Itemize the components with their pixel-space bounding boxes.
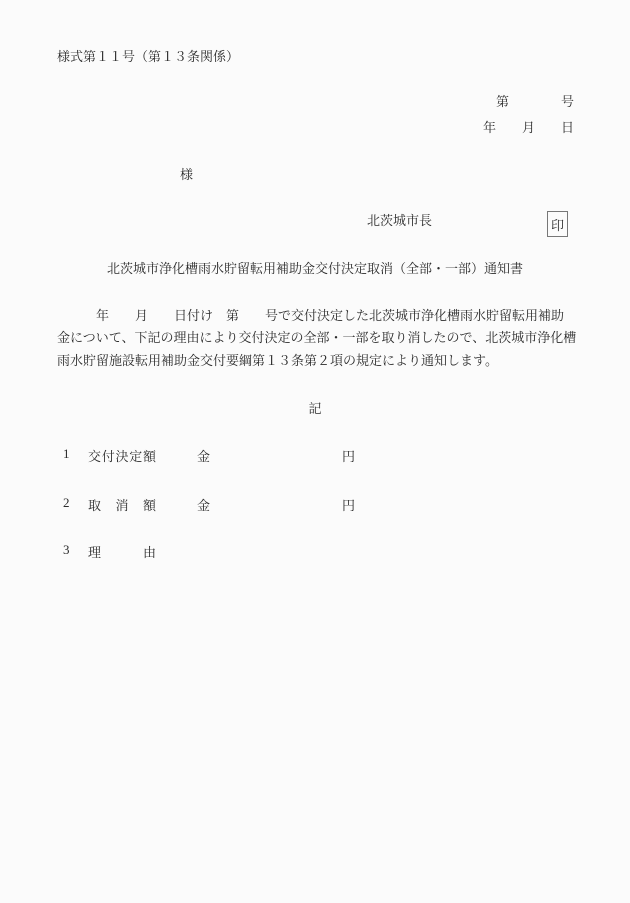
seal-character: 印 — [551, 215, 564, 234]
amount-suffix: 円 — [342, 446, 355, 465]
document-number-blank: 第 号 — [496, 95, 574, 110]
document-title: 北茨城市浄化槽雨水貯留転用補助金交付決定取消（全部・一部）通知書 — [0, 262, 630, 277]
amount-prefix: 金 — [197, 446, 210, 465]
amount-suffix: 円 — [342, 495, 355, 514]
item-label: 取消額 — [88, 495, 156, 514]
item-row-reason: 3 理由 — [57, 542, 577, 560]
addressee-honorific: 様 — [180, 168, 193, 183]
amount-prefix: 金 — [197, 495, 210, 514]
body-line: 金について、下記の理由により交付決定の全部・一部を取り消したので、北茨城市浄化槽 — [57, 327, 577, 349]
item-number: 1 — [63, 446, 70, 462]
body-paragraph: 年 月 日付け 第 号で交付決定した北茨城市浄化槽雨水貯留転用補助 金について、… — [57, 305, 577, 372]
item-number: 3 — [63, 542, 70, 558]
item-number: 2 — [63, 495, 70, 511]
item-row-cancelled-amount: 2 取消額 金 円 — [57, 495, 577, 513]
item-label: 交付決定額 — [88, 446, 156, 465]
body-line: 年 月 日付け 第 号で交付決定した北茨城市浄化槽雨水貯留転用補助 — [57, 305, 577, 327]
item-label: 理由 — [88, 542, 156, 561]
seal-placeholder-box: 印 — [547, 211, 568, 237]
form-number: 様式第１１号（第１３条関係） — [57, 50, 239, 65]
date-blank: 年 月 日 — [483, 121, 574, 136]
body-line: 雨水貯留施設転用補助金交付要綱第１３条第２項の規定により通知します。 — [57, 350, 577, 372]
sender-name: 北茨城市長 — [367, 214, 432, 229]
item-row-grant-amount: 1 交付決定額 金 円 — [57, 446, 577, 464]
record-marker: 記 — [0, 402, 630, 417]
document-page: 様式第１１号（第１３条関係） 第 号 年 月 日 様 北茨城市長 印 北茨城市浄… — [0, 0, 630, 903]
